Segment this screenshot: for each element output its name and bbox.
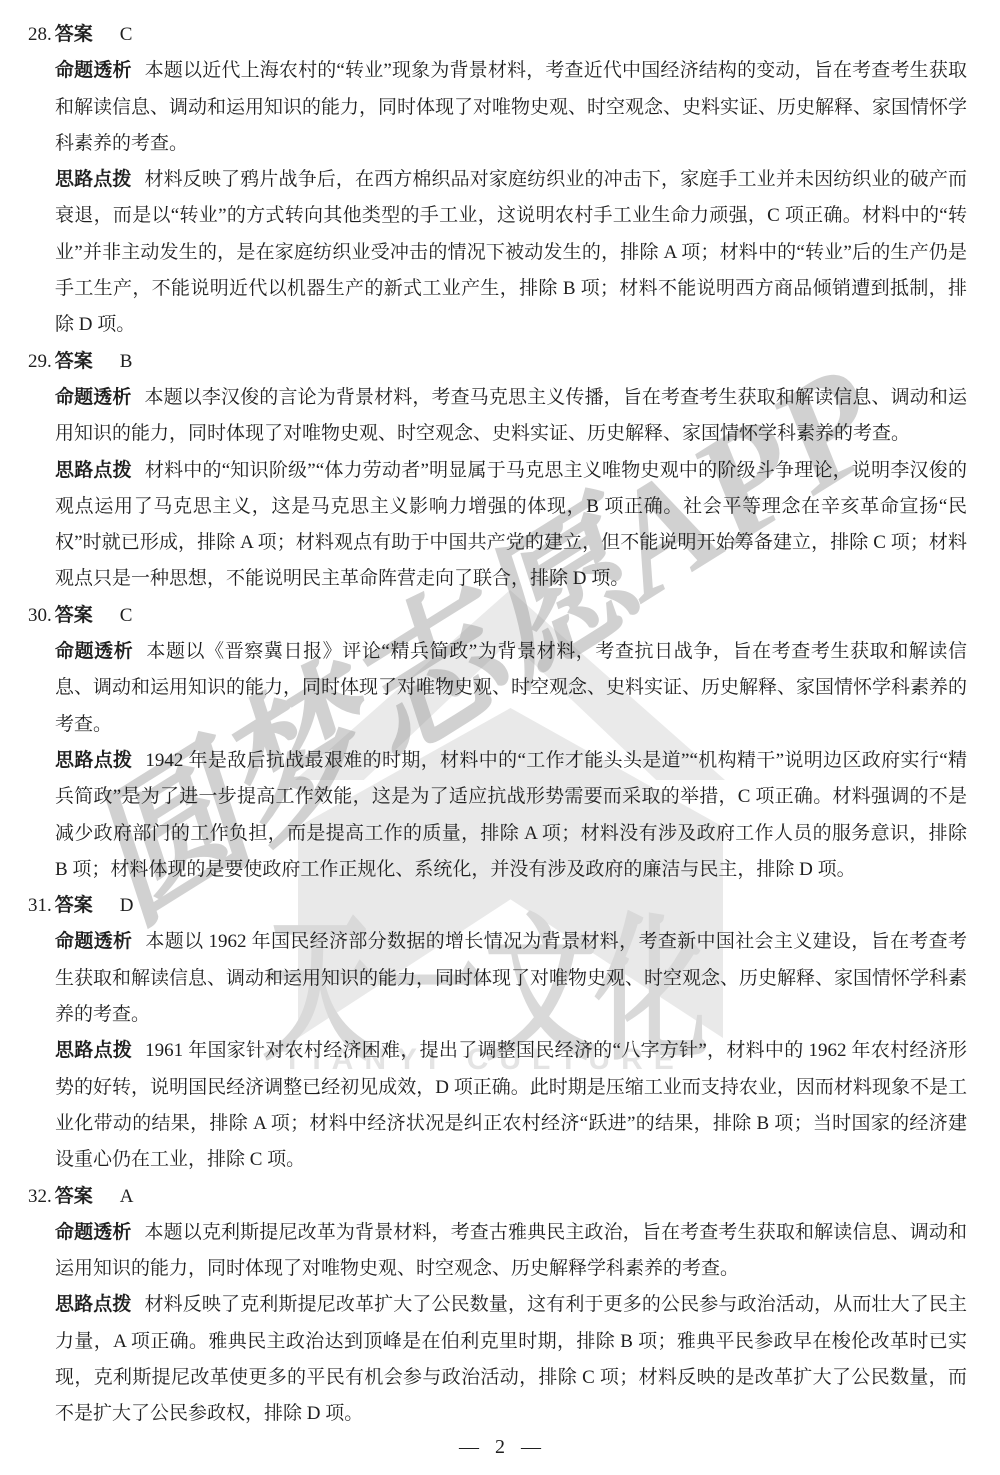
answer-item-30: 30.答案C 命题透析本题以《晋察冀日报》评论“精兵简政”为背景材料，考查抗日战…: [28, 598, 967, 888]
answer-key-page: 28.答案C 命题透析本题以近代上海农村的“转业”现象为背景材料，考查近代中国经…: [0, 0, 1000, 1433]
answer-item-29: 29.答案B 命题透析本题以李汉俊的言论为背景材料，考查马克思主义传播，旨在考查…: [28, 344, 967, 598]
question-number: 28.: [28, 24, 52, 45]
analysis-paragraph: 命题透析本题以《晋察冀日报》评论“精兵简政”为背景材料，考查抗日战争，旨在考查考…: [55, 634, 967, 743]
tips-paragraph: 思路点拨材料反映了鸦片战争后，在西方棉织品对家庭纺织业的冲击下，家庭手工业并未因…: [55, 162, 967, 343]
answer-label: 答案: [55, 24, 93, 45]
answer-letter: C: [120, 605, 133, 626]
answer-item-31: 31.答案D 命题透析本题以 1962 年国民经济部分数据的增长情况为背景材料，…: [28, 888, 967, 1178]
analysis-text: 本题以 1962 年国民经济部分数据的增长情况为背景材料，考查新中国社会主义建设…: [55, 931, 967, 1025]
answer-label: 答案: [55, 1186, 93, 1207]
tips-paragraph: 思路点拨1942 年是敌后抗战最艰难的时期，材料中的“工作才能头头是道”“机构精…: [55, 743, 967, 888]
answer-letter: A: [120, 1186, 134, 1207]
analysis-paragraph: 命题透析本题以克利斯提尼改革为背景材料，考查古雅典民主政治，旨在考查考生获取和解…: [55, 1215, 967, 1288]
tips-paragraph: 思路点拨材料反映了克利斯提尼改革扩大了公民数量，这有利于更多的公民参与政治活动，…: [55, 1287, 967, 1432]
answer-line: 28.答案C: [28, 17, 967, 53]
analysis-label: 命题透析: [55, 1222, 132, 1243]
answer-letter: C: [120, 24, 133, 45]
footer-left-dash: —: [459, 1436, 479, 1458]
analysis-label: 命题透析: [55, 60, 132, 81]
question-number: 32.: [28, 1186, 52, 1207]
tips-label: 思路点拨: [55, 460, 132, 481]
answer-line: 30.答案C: [28, 598, 967, 634]
footer-right-dash: —: [521, 1436, 541, 1458]
answer-item-28: 28.答案C 命题透析本题以近代上海农村的“转业”现象为背景材料，考查近代中国经…: [28, 17, 967, 344]
analysis-paragraph: 命题透析本题以李汉俊的言论为背景材料，考查马克思主义传播，旨在考查考生获取和解读…: [55, 380, 967, 453]
answer-label: 答案: [55, 895, 93, 916]
answer-line: 29.答案B: [28, 344, 967, 380]
tips-label: 思路点拨: [55, 169, 132, 190]
question-number: 31.: [28, 895, 52, 916]
question-number: 29.: [28, 351, 52, 372]
tips-text: 材料中的“知识阶级”“体力劳动者”明显属于马克思主义唯物史观中的阶级斗争理论，说…: [55, 460, 967, 590]
analysis-label: 命题透析: [55, 931, 132, 952]
tips-paragraph: 思路点拨材料中的“知识阶级”“体力劳动者”明显属于马克思主义唯物史观中的阶级斗争…: [55, 453, 967, 598]
page-footer: —2—: [0, 1430, 1000, 1464]
answer-label: 答案: [55, 351, 93, 372]
tips-text: 材料反映了克利斯提尼改革扩大了公民数量，这有利于更多的公民参与政治活动，从而壮大…: [55, 1294, 967, 1424]
question-number: 30.: [28, 605, 52, 626]
tips-paragraph: 思路点拨1961 年国家针对农村经济困难，提出了调整国民经济的“八字方针”，材料…: [55, 1033, 967, 1178]
tips-text: 材料反映了鸦片战争后，在西方棉织品对家庭纺织业的冲击下，家庭手工业并未因纺织业的…: [55, 169, 967, 335]
analysis-label: 命题透析: [55, 641, 133, 662]
answer-item-32: 32.答案A 命题透析本题以克利斯提尼改革为背景材料，考查古雅典民主政治，旨在考…: [28, 1179, 967, 1433]
analysis-paragraph: 命题透析本题以 1962 年国民经济部分数据的增长情况为背景材料，考查新中国社会…: [55, 924, 967, 1033]
analysis-text: 本题以克利斯提尼改革为背景材料，考查古雅典民主政治，旨在考查考生获取和解读信息、…: [55, 1222, 967, 1279]
answer-letter: D: [120, 895, 134, 916]
analysis-text: 本题以《晋察冀日报》评论“精兵简政”为背景材料，考查抗日战争，旨在考查考生获取和…: [55, 641, 967, 735]
tips-text: 1961 年国家针对农村经济困难，提出了调整国民经济的“八字方针”，材料中的 1…: [55, 1040, 967, 1170]
answer-line: 31.答案D: [28, 888, 967, 924]
page-number: 2: [495, 1436, 505, 1458]
tips-label: 思路点拨: [55, 750, 132, 771]
tips-label: 思路点拨: [55, 1040, 132, 1061]
tips-text: 1942 年是敌后抗战最艰难的时期，材料中的“工作才能头头是道”“机构精干”说明…: [55, 750, 967, 880]
analysis-label: 命题透析: [55, 387, 132, 408]
analysis-text: 本题以李汉俊的言论为背景材料，考查马克思主义传播，旨在考查考生获取和解读信息、调…: [55, 387, 967, 444]
analysis-text: 本题以近代上海农村的“转业”现象为背景材料，考查近代中国经济结构的变动，旨在考查…: [55, 60, 967, 154]
tips-label: 思路点拨: [55, 1294, 132, 1315]
answer-letter: B: [120, 351, 133, 372]
answer-label: 答案: [55, 605, 93, 626]
analysis-paragraph: 命题透析本题以近代上海农村的“转业”现象为背景材料，考查近代中国经济结构的变动，…: [55, 53, 967, 162]
answer-line: 32.答案A: [28, 1179, 967, 1215]
